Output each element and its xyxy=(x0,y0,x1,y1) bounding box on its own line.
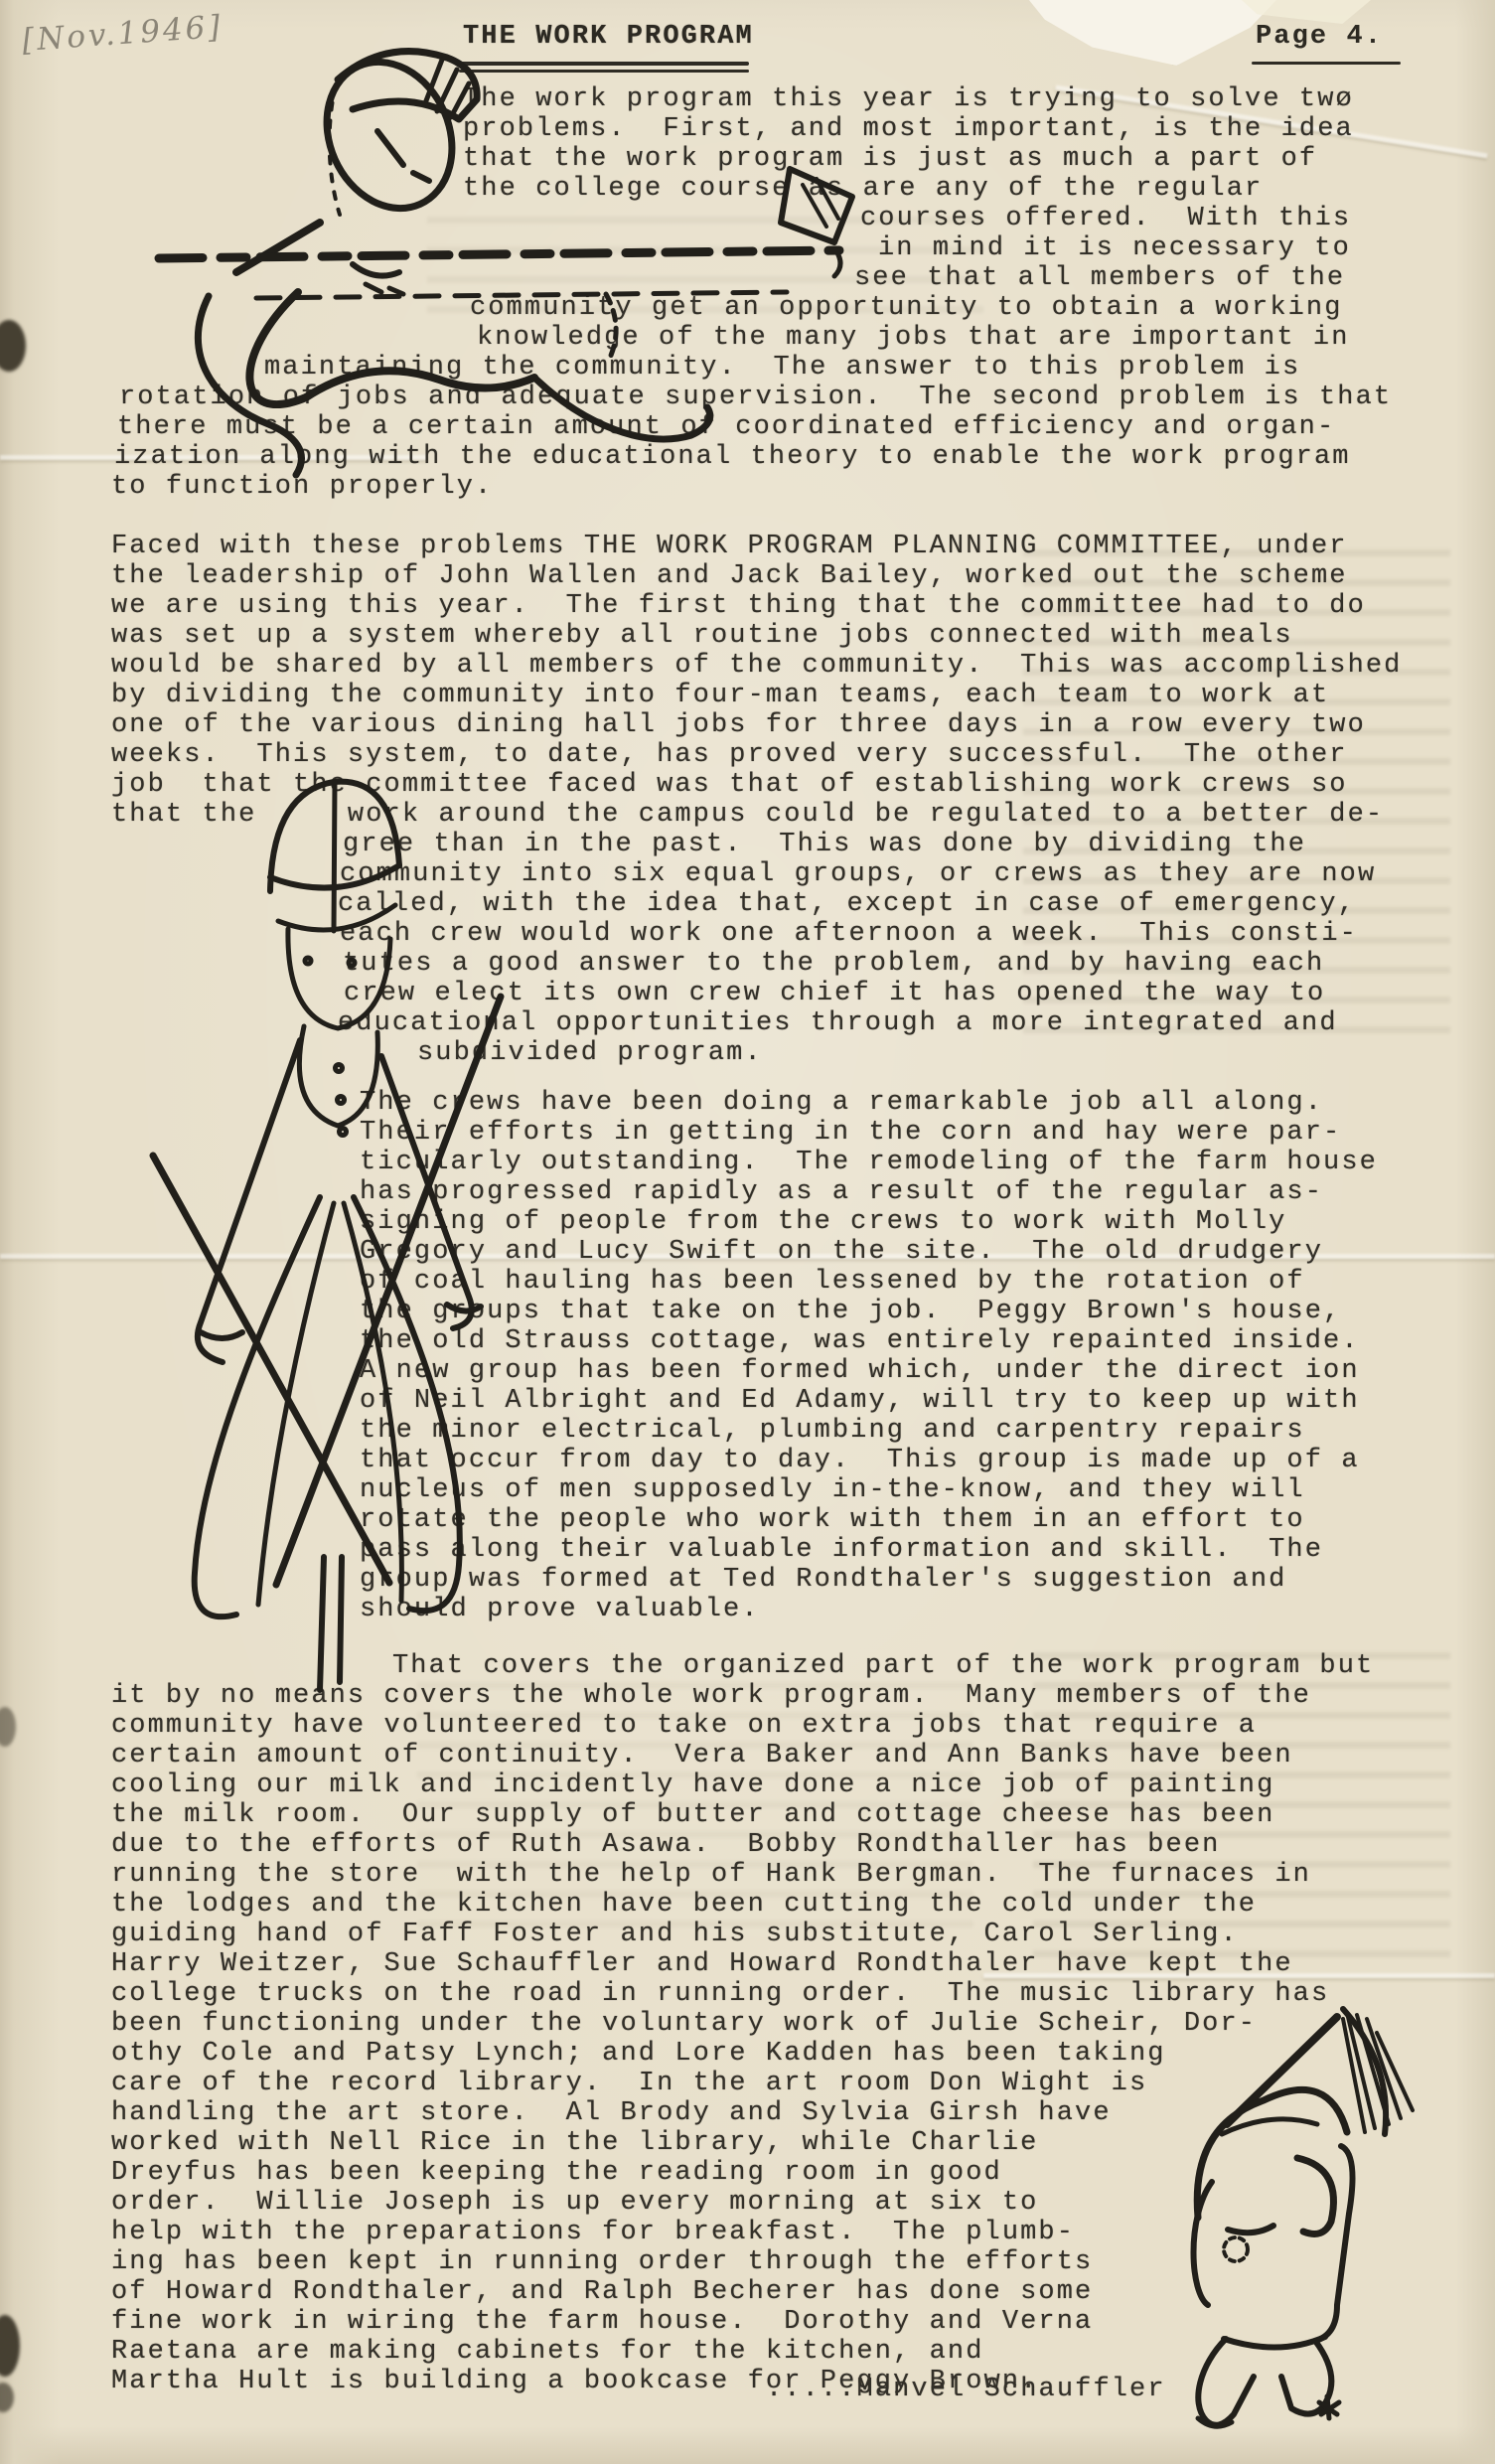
typewritten-line: othy Cole and Patsy Lynch; and Lore Kadd… xyxy=(111,2039,1166,2069)
typewritten-line: due to the efforts of Ruth Asawa. Bobby … xyxy=(111,1830,1220,1860)
typewritten-line: order. Willie Joseph is up every morning… xyxy=(111,2188,1038,2218)
typewritten-line: cooling our milk and incidently have don… xyxy=(111,1771,1274,1800)
typewritten-line: we are using this year. The first thing … xyxy=(111,591,1366,621)
broom-carrier-sketch xyxy=(1132,2007,1470,2444)
typewritten-line: certain amount of continuity. Vera Baker… xyxy=(111,1741,1293,1771)
typewritten-line: been functioning under the voluntary wor… xyxy=(111,2009,1257,2039)
typewritten-line: ing has been kept in running order throu… xyxy=(111,2247,1093,2277)
typewritten-line: the lodges and the kitchen have been cut… xyxy=(111,1890,1257,1920)
typewritten-line: worked with Nell Rice in the library, wh… xyxy=(111,2128,1038,2158)
author-signature: .....Manvel Schauffler xyxy=(766,2375,1166,2404)
tall-figure-sketch xyxy=(139,770,536,1694)
typewritten-line: weeks. This system, to date, has proved … xyxy=(111,740,1348,770)
typewritten-line: of Howard Rondthaler, and Ralph Becherer… xyxy=(111,2277,1093,2307)
typewritten-line: Faced with these problems THE WORK PROGR… xyxy=(111,532,1348,561)
typewritten-line: courses offered. With this xyxy=(860,204,1351,233)
typewritten-line: community have volunteered to take on ex… xyxy=(111,1711,1257,1741)
typewritten-line: Dreyfus has been keeping the reading roo… xyxy=(111,2158,1002,2188)
typewritten-line: one of the various dining hall jobs for … xyxy=(111,710,1366,740)
typewritten-line: the milk room. Our supply of butter and … xyxy=(111,1800,1274,1830)
typewritten-line: college trucks on the road in running or… xyxy=(111,1979,1329,2009)
typewritten-line: guiding hand of Faff Foster and his subs… xyxy=(111,1920,1239,1949)
typewritten-line: see that all members of the xyxy=(854,263,1345,293)
typewritten-line: the leadership of John Wallen and Jack B… xyxy=(111,561,1348,591)
typewritten-line: handling the art store. Al Brody and Syl… xyxy=(111,2098,1112,2128)
typewritten-line: in mind it is necessary to xyxy=(878,233,1351,263)
page-number: Page 4. xyxy=(1256,22,1383,52)
typewritten-line: was set up a system whereby all routine … xyxy=(111,621,1293,651)
page-number-underline xyxy=(1252,62,1401,65)
typewritten-line: fine work in wiring the farm house. Doro… xyxy=(111,2307,1093,2337)
typewritten-line: care of the record library. In the art r… xyxy=(111,2069,1147,2098)
typewritten-line: help with the preparations for breakfast… xyxy=(111,2218,1075,2247)
typewritten-line: Harry Weitzer, Sue Schauffler and Howard… xyxy=(111,1949,1293,1979)
flute-player-sketch xyxy=(139,28,854,477)
typewritten-line: by dividing the community into four-man … xyxy=(111,681,1329,710)
typewritten-line: running the store with the help of Hank … xyxy=(111,1860,1311,1890)
typewritten-line: Raetana are making cabinets for the kitc… xyxy=(111,2337,984,2367)
typewritten-line: That covers the organized part of the wo… xyxy=(392,1651,1374,1681)
typewritten-line: would be shared by all members of the co… xyxy=(111,651,1403,681)
